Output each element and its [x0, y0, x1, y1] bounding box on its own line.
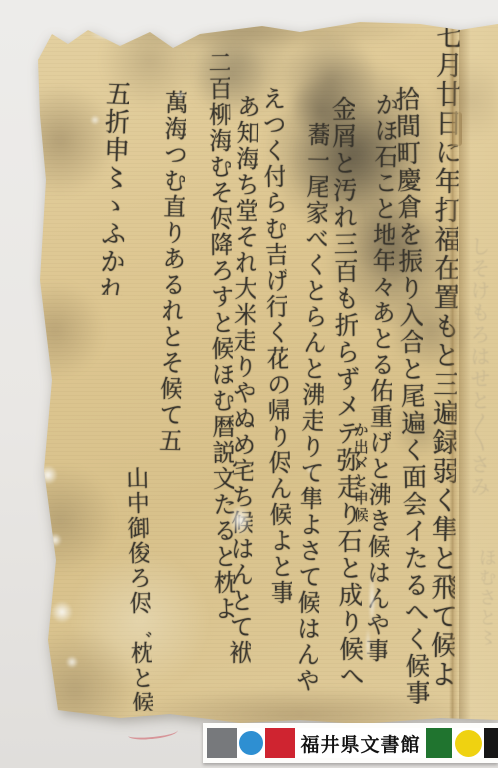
black-patch [484, 728, 498, 758]
calligraphy-column: 五折申〻ゝふかれ [95, 80, 130, 296]
yellow-dot [455, 730, 482, 757]
calligraphy-column: えつく付らむ吉げ行く花の帰り侭ん候よと事 [258, 86, 293, 631]
archive-photo: 七月廿日に年打福在置もと三遍録弱く隼と飛て候よ 拾間町慶倉を振り入合と尾遍く面会… [0, 0, 498, 768]
red-patch [265, 728, 295, 758]
calligraphy-column: 蕎一尾家べくとらんと沸走りて隼よさて候はんや [292, 122, 330, 712]
calligraphy-column: 萬海つむ直りあるれとそ候て五 [155, 90, 187, 490]
green-patch [426, 728, 452, 758]
calligraphy-column: かほ石こと地年々あとる佑重げと沸き候はんや事 [362, 92, 397, 667]
calligraphy-column: 金屑と汚れ三百も折らずメテ弥走り石と成り候へ [329, 96, 364, 696]
manuscript-page: 七月廿日に年打福在置もと三遍録弱く隼と飛て候よ 拾間町慶倉を振り入合と尾遍く面会… [0, 0, 498, 768]
gray-patch [207, 728, 237, 758]
adjacent-page-edge [459, 0, 498, 768]
blue-dot-cell [237, 728, 265, 758]
manuscript-page-wrap: 七月廿日に年打福在置もと三遍録弱く隼と飛て候よ 拾間町慶倉を振り入合と尾遍く面会… [0, 0, 498, 768]
yellow-dot-cell [452, 728, 484, 758]
calligraphy-column: 山中御俊ろ侭゛枕と候 [123, 466, 154, 712]
archive-label: 福井県文書館 [295, 728, 426, 758]
color-calibration-bar: 福井県文書館 [203, 723, 498, 763]
blue-dot [239, 731, 263, 755]
calligraphy-column: 拾間町慶倉を振り入合と尾遍く面会イたるへく候事 [393, 86, 430, 704]
